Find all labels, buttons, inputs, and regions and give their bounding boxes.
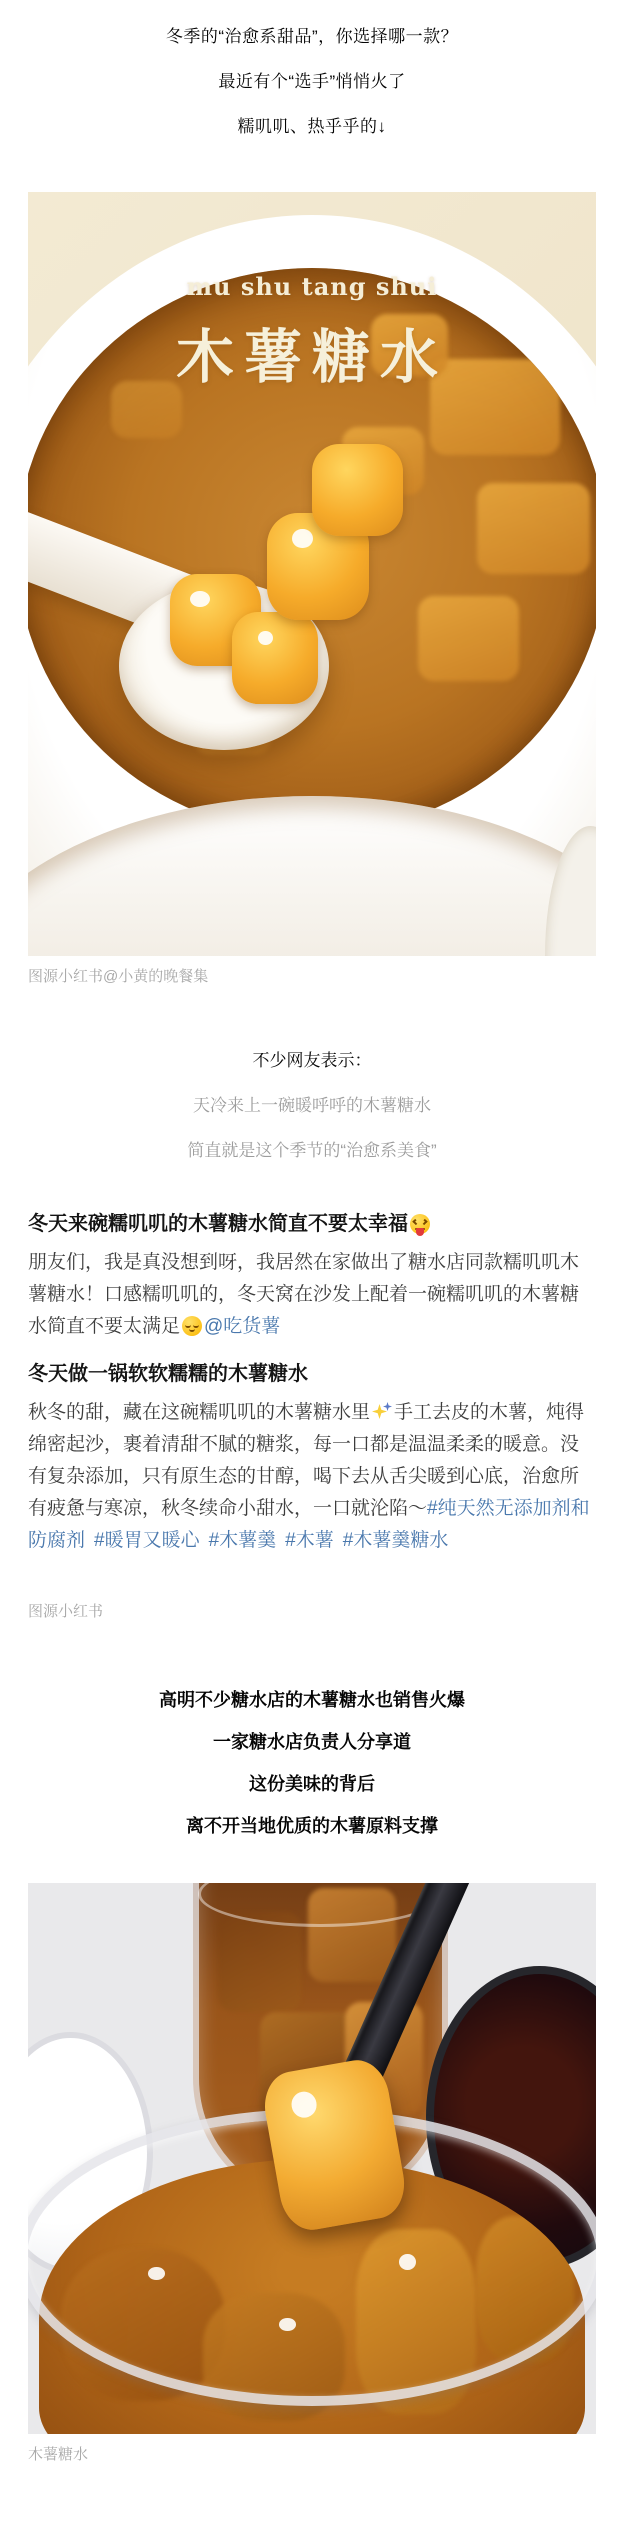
cassava-chunk bbox=[477, 483, 589, 573]
cassava-chunk bbox=[418, 596, 518, 681]
relieved-emoji bbox=[182, 1316, 202, 1336]
cassava-chunk-on-spoon bbox=[232, 612, 317, 704]
second-photo-caption: 木薯糖水 bbox=[28, 2444, 596, 2466]
intro-line-2: 最近有个“选手”悄悄火了 bbox=[0, 59, 624, 104]
highlight-glint bbox=[190, 591, 210, 608]
photo-overlay-title: 木薯糖水 bbox=[28, 310, 596, 394]
second-photo[interactable] bbox=[28, 1883, 596, 2434]
highlight-glint bbox=[258, 631, 273, 646]
highlight-line-3: 这份美味的背后 bbox=[0, 1763, 624, 1805]
article-page: { "intro": { "lines": [ "冬季的“治愈系甜品”，你选择哪… bbox=[0, 0, 624, 2539]
post1-mention-link[interactable]: @吃货薯 bbox=[204, 1316, 280, 1337]
highlight-glint bbox=[290, 2090, 319, 2120]
bottom-spacer bbox=[0, 2466, 624, 2505]
post2-title: 冬天做一锅软软糯糯的木薯糖水 bbox=[28, 1359, 596, 1389]
hero-photo[interactable]: mu shu tang shui 木薯糖水 bbox=[28, 192, 596, 956]
post2-body: 秋冬的甜，藏在这碗糯叽叽的木薯糖水里手工去皮的木薯，炖得绵密起沙，裹着清甜不腻的… bbox=[28, 1397, 596, 1557]
highlight-line-4: 离不开当地优质的木薯原料支撑 bbox=[0, 1805, 624, 1847]
cassava-chunk bbox=[218, 1912, 301, 2013]
hashtag-link[interactable]: #木薯 bbox=[285, 1530, 334, 1551]
cassava-chunk bbox=[312, 444, 403, 536]
sparkle-emoji bbox=[372, 1402, 392, 1422]
post1-body-text: 朋友们，我是真没想到呀，我居然在家做出了糖水店同款糯叽叽木薯糖水！口感糯叽叽的，… bbox=[28, 1252, 579, 1337]
highlight-glint bbox=[292, 529, 312, 548]
highlight-line-2: 一家糖水店负责人分享道 bbox=[0, 1721, 624, 1763]
squint-tongue-emoji bbox=[410, 1214, 430, 1234]
hashtag-link[interactable]: #暖胃又暖心 bbox=[94, 1530, 200, 1551]
intro-line-3: 糯叽叽、热乎乎的↓ bbox=[0, 104, 624, 149]
netizen-quote-1: 天冷来上一碗暖呼呼的木薯糖水 bbox=[0, 1083, 624, 1128]
highlight-line-1: 高明不少糖水店的木薯糖水也销售火爆 bbox=[0, 1679, 624, 1721]
hero-photo-caption: 图源小红书@小黄的晚餐集 bbox=[28, 966, 596, 988]
post1-title: 冬天来碗糯叽叽的木薯糖水简直不要太幸福 bbox=[28, 1209, 596, 1239]
intro-section: 冬季的“治愈系甜品”，你选择哪一款？ 最近有个“选手”悄悄火了 糯叽叽、热乎乎的… bbox=[0, 0, 624, 149]
xhs-posts-section: 冬天来碗糯叽叽的木薯糖水简直不要太幸福 朋友们，我是真没想到呀，我居然在家做出了… bbox=[28, 1209, 596, 1623]
post2-body-lead: 秋冬的甜，藏在这碗糯叽叽的木薯糖水里 bbox=[28, 1402, 370, 1423]
hashtag-link[interactable]: #木薯羹 bbox=[209, 1530, 277, 1551]
netizen-heading: 不少网友表示： bbox=[0, 1038, 624, 1083]
intro-line-1: 冬季的“治愈系甜品”，你选择哪一款？ bbox=[0, 14, 624, 59]
hashtag-link[interactable]: #木薯羹糖水 bbox=[343, 1530, 449, 1551]
posts-source-caption: 图源小红书 bbox=[28, 1601, 596, 1623]
photo-overlay-subtitle: mu shu tang shui bbox=[28, 272, 596, 301]
netizen-quote-2: 简直就是这个季节的“治愈系美食” bbox=[0, 1128, 624, 1173]
post1-title-text: 冬天来碗糯叽叽的木薯糖水简直不要太幸福 bbox=[28, 1213, 408, 1235]
netizen-section: 不少网友表示： 天冷来上一碗暖呼呼的木薯糖水 简直就是这个季节的“治愈系美食” bbox=[0, 1038, 624, 1173]
highlight-section: 高明不少糖水店的木薯糖水也销售火爆 一家糖水店负责人分享道 这份美味的背后 离不… bbox=[0, 1679, 624, 1847]
post1-body: 朋友们，我是真没想到呀，我居然在家做出了糖水店同款糯叽叽木薯糖水！口感糯叽叽的，… bbox=[28, 1247, 596, 1343]
